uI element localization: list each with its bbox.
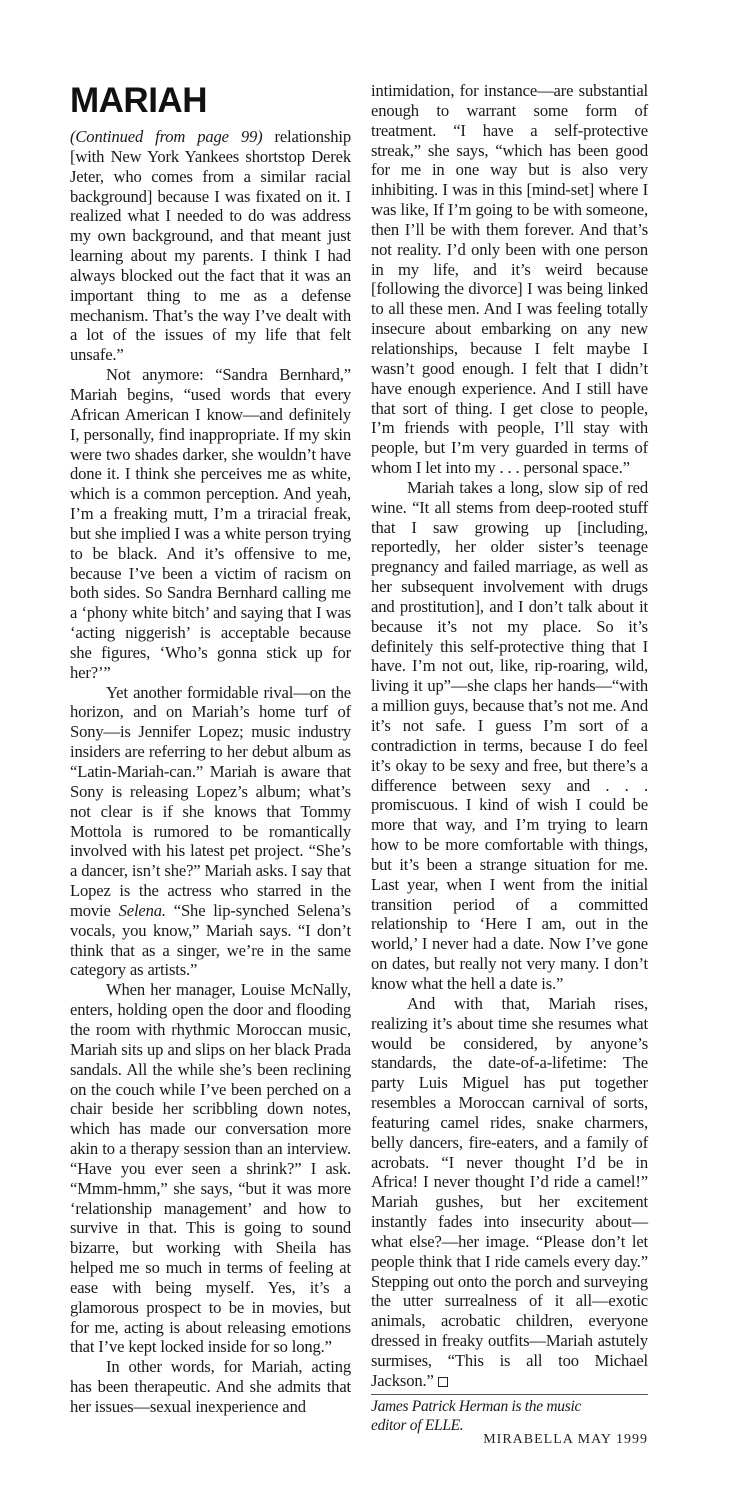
paragraph-8-text: And with that, Mariah rises, realizing i… — [371, 994, 648, 1390]
left-column: MARIAH (Continued from page 99) relation… — [70, 81, 351, 1417]
paragraph-1: (Continued from page 99) relationship [w… — [70, 127, 351, 365]
paragraph-2: Not anymore: “Sandra Bernhard,” Mariah b… — [70, 365, 351, 683]
paragraph-3-text-a: Yet another formidable rival—on the hori… — [70, 683, 351, 920]
author-bio: James Patrick Herman is the musiceditor … — [371, 1397, 648, 1435]
end-mark-icon — [438, 1377, 448, 1387]
magazine-page: MARIAH (Continued from page 99) relation… — [0, 0, 750, 1500]
paragraph-7: Mariah takes a long, slow sip of red win… — [371, 478, 648, 994]
paragraph-6: intimidation, for instance—are substanti… — [371, 81, 648, 478]
continued-from-note: (Continued from page 99) — [70, 127, 263, 146]
page-folio: MIRABELLA MAY 1999 — [483, 1432, 648, 1448]
bio-divider — [371, 1394, 648, 1395]
author-bio-line-2: editor of ELLE. — [371, 1417, 463, 1434]
article-title: MARIAH — [70, 81, 351, 121]
paragraph-4: When her manager, Louise McNally, enters… — [70, 980, 351, 1357]
paragraph-5: In other words, for Mariah, acting has b… — [70, 1357, 351, 1417]
paragraph-3: Yet another formidable rival—on the hori… — [70, 683, 351, 981]
movie-title-italic: Selena. — [119, 901, 166, 920]
right-column: intimidation, for instance—are substanti… — [371, 81, 648, 1435]
author-bio-line-1: James Patrick Herman is the music — [371, 1398, 581, 1415]
paragraph-1-text: relationship [with New York Yankees shor… — [70, 127, 351, 364]
paragraph-8: And with that, Mariah rises, realizing i… — [371, 994, 648, 1391]
